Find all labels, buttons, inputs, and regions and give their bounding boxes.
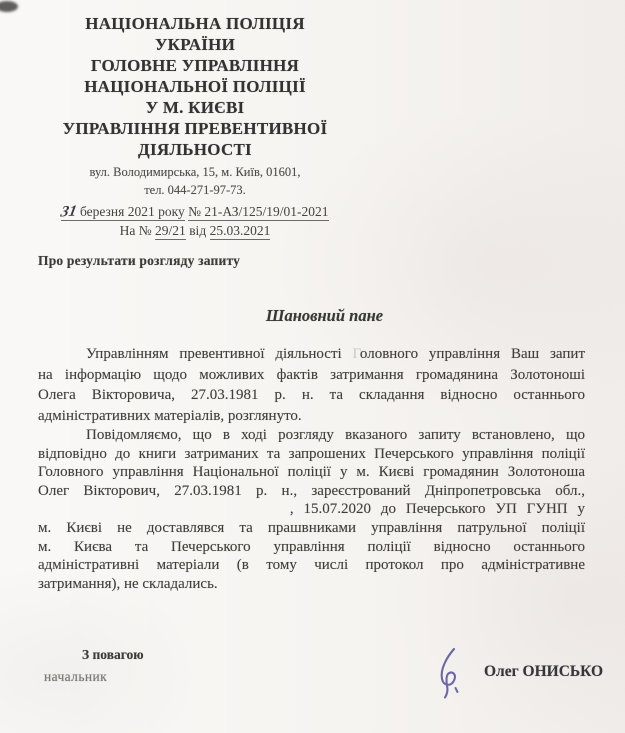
scanned-letter-page: НАЦІОНАЛЬНА ПОЛІЦІЯ УКРАЇНИ ГОЛОВНЕ УПРА… bbox=[0, 0, 625, 733]
reply-reference-line: На № 29/21 від 25.03.2021 bbox=[28, 222, 362, 239]
salutation: Шановний пане bbox=[12, 306, 625, 326]
body-line: адміністративних матеріалів, розглянуто. bbox=[38, 406, 585, 427]
body-text: , 15.07.2020 до Печерського УП ГУНП у bbox=[290, 501, 585, 517]
handwritten-signature bbox=[430, 646, 466, 702]
body-line: затримання), не складались. bbox=[38, 575, 585, 594]
letter-body: Управлінням превентивної діяльності Голо… bbox=[38, 344, 585, 593]
body-line: Олега Вікторовича, 27.03.1981 р. н. та с… bbox=[38, 385, 585, 406]
org-name-line: УПРАВЛІННЯ ПРЕВЕНТИВНОЇ bbox=[28, 118, 362, 139]
body-line: Головного управління Національної поліці… bbox=[38, 463, 585, 482]
body-line: на інформацію щодо можливих фактів затри… bbox=[38, 365, 585, 386]
letter-number: № 21-АЗ/125/19/01-2021 bbox=[188, 204, 328, 221]
org-name-line: УКРАЇНИ bbox=[28, 34, 362, 55]
signer-position: начальник bbox=[44, 669, 107, 685]
redaction-blank bbox=[38, 503, 280, 513]
letter-date-line: 31березня 2021 року № 21-АЗ/125/19/01-20… bbox=[28, 203, 362, 220]
reply-ref-prefix: На № bbox=[120, 223, 152, 238]
closing-regards: З повагою bbox=[82, 647, 144, 663]
scan-corner-artifact bbox=[0, 1, 18, 12]
paragraph-2: Повідомляємо, що в ході розгляду вказано… bbox=[38, 426, 585, 593]
reply-ref-number: 29/21 bbox=[155, 223, 186, 240]
body-line: адміністративні матеріали (в тому числі … bbox=[38, 556, 585, 575]
org-phone: тел. 044-271-97-73. bbox=[28, 181, 362, 199]
org-name-line: ДІЯЛЬНОСТІ bbox=[28, 139, 362, 160]
body-line: Управлінням превентивної діяльності Голо… bbox=[38, 344, 585, 365]
org-name-line: НАЦІОНАЛЬНА ПОЛІЦІЯ bbox=[28, 13, 362, 34]
org-name-line: У М. КИЄВІ bbox=[28, 97, 362, 118]
reply-ref-date: 25.03.2021 bbox=[210, 223, 271, 240]
org-name-line: ГОЛОВНЕ УПРАВЛІННЯ bbox=[28, 55, 362, 76]
signer-name: Олег ОНИСЬКО bbox=[484, 663, 603, 681]
org-name-line: НАЦІОНАЛЬНОЇ ПОЛІЦІЇ bbox=[28, 76, 362, 97]
letterhead: НАЦІОНАЛЬНА ПОЛІЦІЯ УКРАЇНИ ГОЛОВНЕ УПРА… bbox=[28, 13, 362, 239]
reply-ref-vid: від bbox=[189, 223, 206, 238]
body-line: Повідомляємо, що в ході розгляду вказано… bbox=[38, 426, 585, 445]
org-address: вул. Володимирська, 15, м. Київ, 01601, bbox=[28, 163, 362, 181]
faded-character: Г bbox=[353, 346, 360, 362]
body-line: відповідно до книги затриманих та запрош… bbox=[38, 445, 585, 464]
body-line-redacted: , 15.07.2020 до Печерського УП ГУНП у bbox=[38, 500, 585, 519]
body-text: оловного управління Ваш запит bbox=[360, 346, 585, 362]
letter-date: 31березня 2021 року bbox=[61, 204, 184, 221]
body-line: м. Києва та Печерського управління поліц… bbox=[38, 538, 585, 557]
subject-line: Про результати розгляду запиту bbox=[38, 253, 240, 269]
body-text: Управлінням превентивної діяльності bbox=[86, 346, 353, 362]
letter-date-text: березня 2021 року bbox=[80, 204, 185, 219]
body-line: м. Києві не доставлявся та прашвниками у… bbox=[38, 519, 585, 538]
paragraph-1: Управлінням превентивної діяльності Голо… bbox=[38, 344, 585, 426]
body-line: Олег Вікторович, 27.03.1981 р. н., зареє… bbox=[38, 482, 585, 501]
handwritten-day: 31 bbox=[60, 202, 79, 220]
